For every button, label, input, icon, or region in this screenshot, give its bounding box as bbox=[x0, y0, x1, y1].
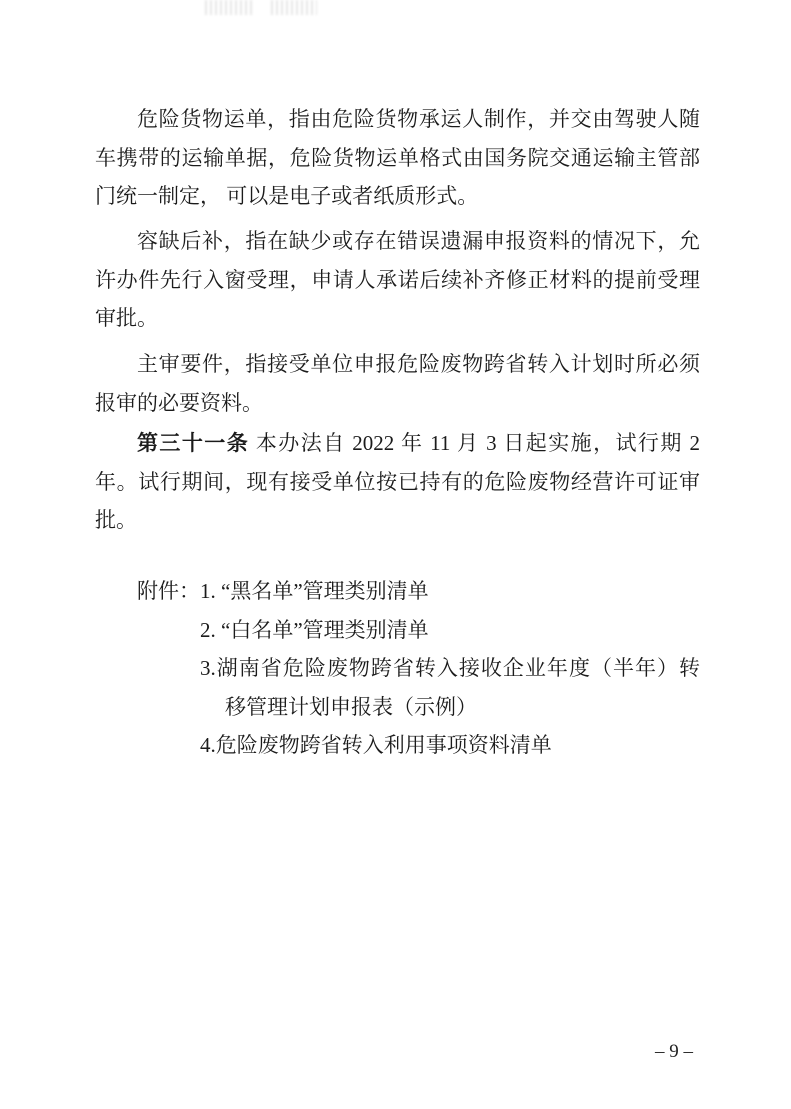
article-number-bold: 第三十一条 bbox=[137, 431, 249, 455]
attachment-item-2: 2. “白名单”管理类别清单 bbox=[95, 611, 700, 650]
text-line: 报审的必要资料。 bbox=[95, 384, 700, 423]
text-line: 第三十一条 本办法自 2022 年 11 月 3 日起实施，试行期 2 bbox=[95, 424, 700, 463]
text-line: 年。试行期间，现有接受单位按已持有的危险废物经营许可证审 bbox=[95, 463, 700, 502]
page-number: – 9 – bbox=[628, 1040, 720, 1064]
attachment-item-3: 3.湖南省危险废物跨省转入接收企业年度（半年）转 bbox=[95, 649, 700, 688]
text-line: 审批。 bbox=[95, 299, 700, 338]
attachment-item-1: 1. “黑名单”管理类别清单 bbox=[200, 579, 429, 603]
paragraph-main-review-definition: 主审要件，指接受单位申报危险废物跨省转入计划时所必须 报审的必要资料。 bbox=[95, 345, 700, 422]
scan-smudge-left bbox=[205, 0, 255, 15]
text-line: 车携带的运输单据，危险货物运单格式由国务院交通运输主管部 bbox=[95, 139, 700, 178]
text-line: 批。 bbox=[95, 501, 700, 540]
article-text: 本办法自 2022 年 11 月 3 日起实施，试行期 2 bbox=[249, 431, 700, 455]
text-line: 门统一制定， 可以是电子或者纸质形式。 bbox=[95, 177, 700, 216]
attachments-label: 附件： bbox=[137, 579, 200, 603]
scan-smudge-right bbox=[271, 0, 317, 15]
text-line: 许办件先行入窗受理，申请人承诺后续补齐修正材料的提前受理 bbox=[95, 261, 700, 300]
attachments-heading-line: 附件：1. “黑名单”管理类别清单 bbox=[95, 572, 700, 611]
paragraph-waybill-definition: 危险货物运单，指由危险货物承运人制作，并交由驾驶人随 车携带的运输单据，危险货物… bbox=[95, 100, 700, 216]
attachment-item-4: 4.危险废物跨省转入利用事项资料清单 bbox=[95, 726, 700, 765]
scanned-document-page: 危险货物运单，指由危险货物承运人制作，并交由驾驶人随 车携带的运输单据，危险货物… bbox=[0, 0, 791, 1109]
paragraph-deferred-supplement-definition: 容缺后补，指在缺少或存在错误遗漏申报资料的情况下，允 许办件先行入窗受理，申请人… bbox=[95, 222, 700, 338]
text-line: 危险货物运单，指由危险货物承运人制作，并交由驾驶人随 bbox=[95, 100, 700, 139]
text-line: 容缺后补，指在缺少或存在错误遗漏申报资料的情况下，允 bbox=[95, 222, 700, 261]
attachments-list: 附件：1. “黑名单”管理类别清单 2. “白名单”管理类别清单 3.湖南省危险… bbox=[95, 572, 700, 765]
attachment-item-3-continuation: 移管理计划申报表（示例） bbox=[95, 688, 700, 727]
text-line: 主审要件，指接受单位申报危险废物跨省转入计划时所必须 bbox=[95, 345, 700, 384]
paragraph-article-31: 第三十一条 本办法自 2022 年 11 月 3 日起实施，试行期 2 年。试行… bbox=[95, 424, 700, 540]
